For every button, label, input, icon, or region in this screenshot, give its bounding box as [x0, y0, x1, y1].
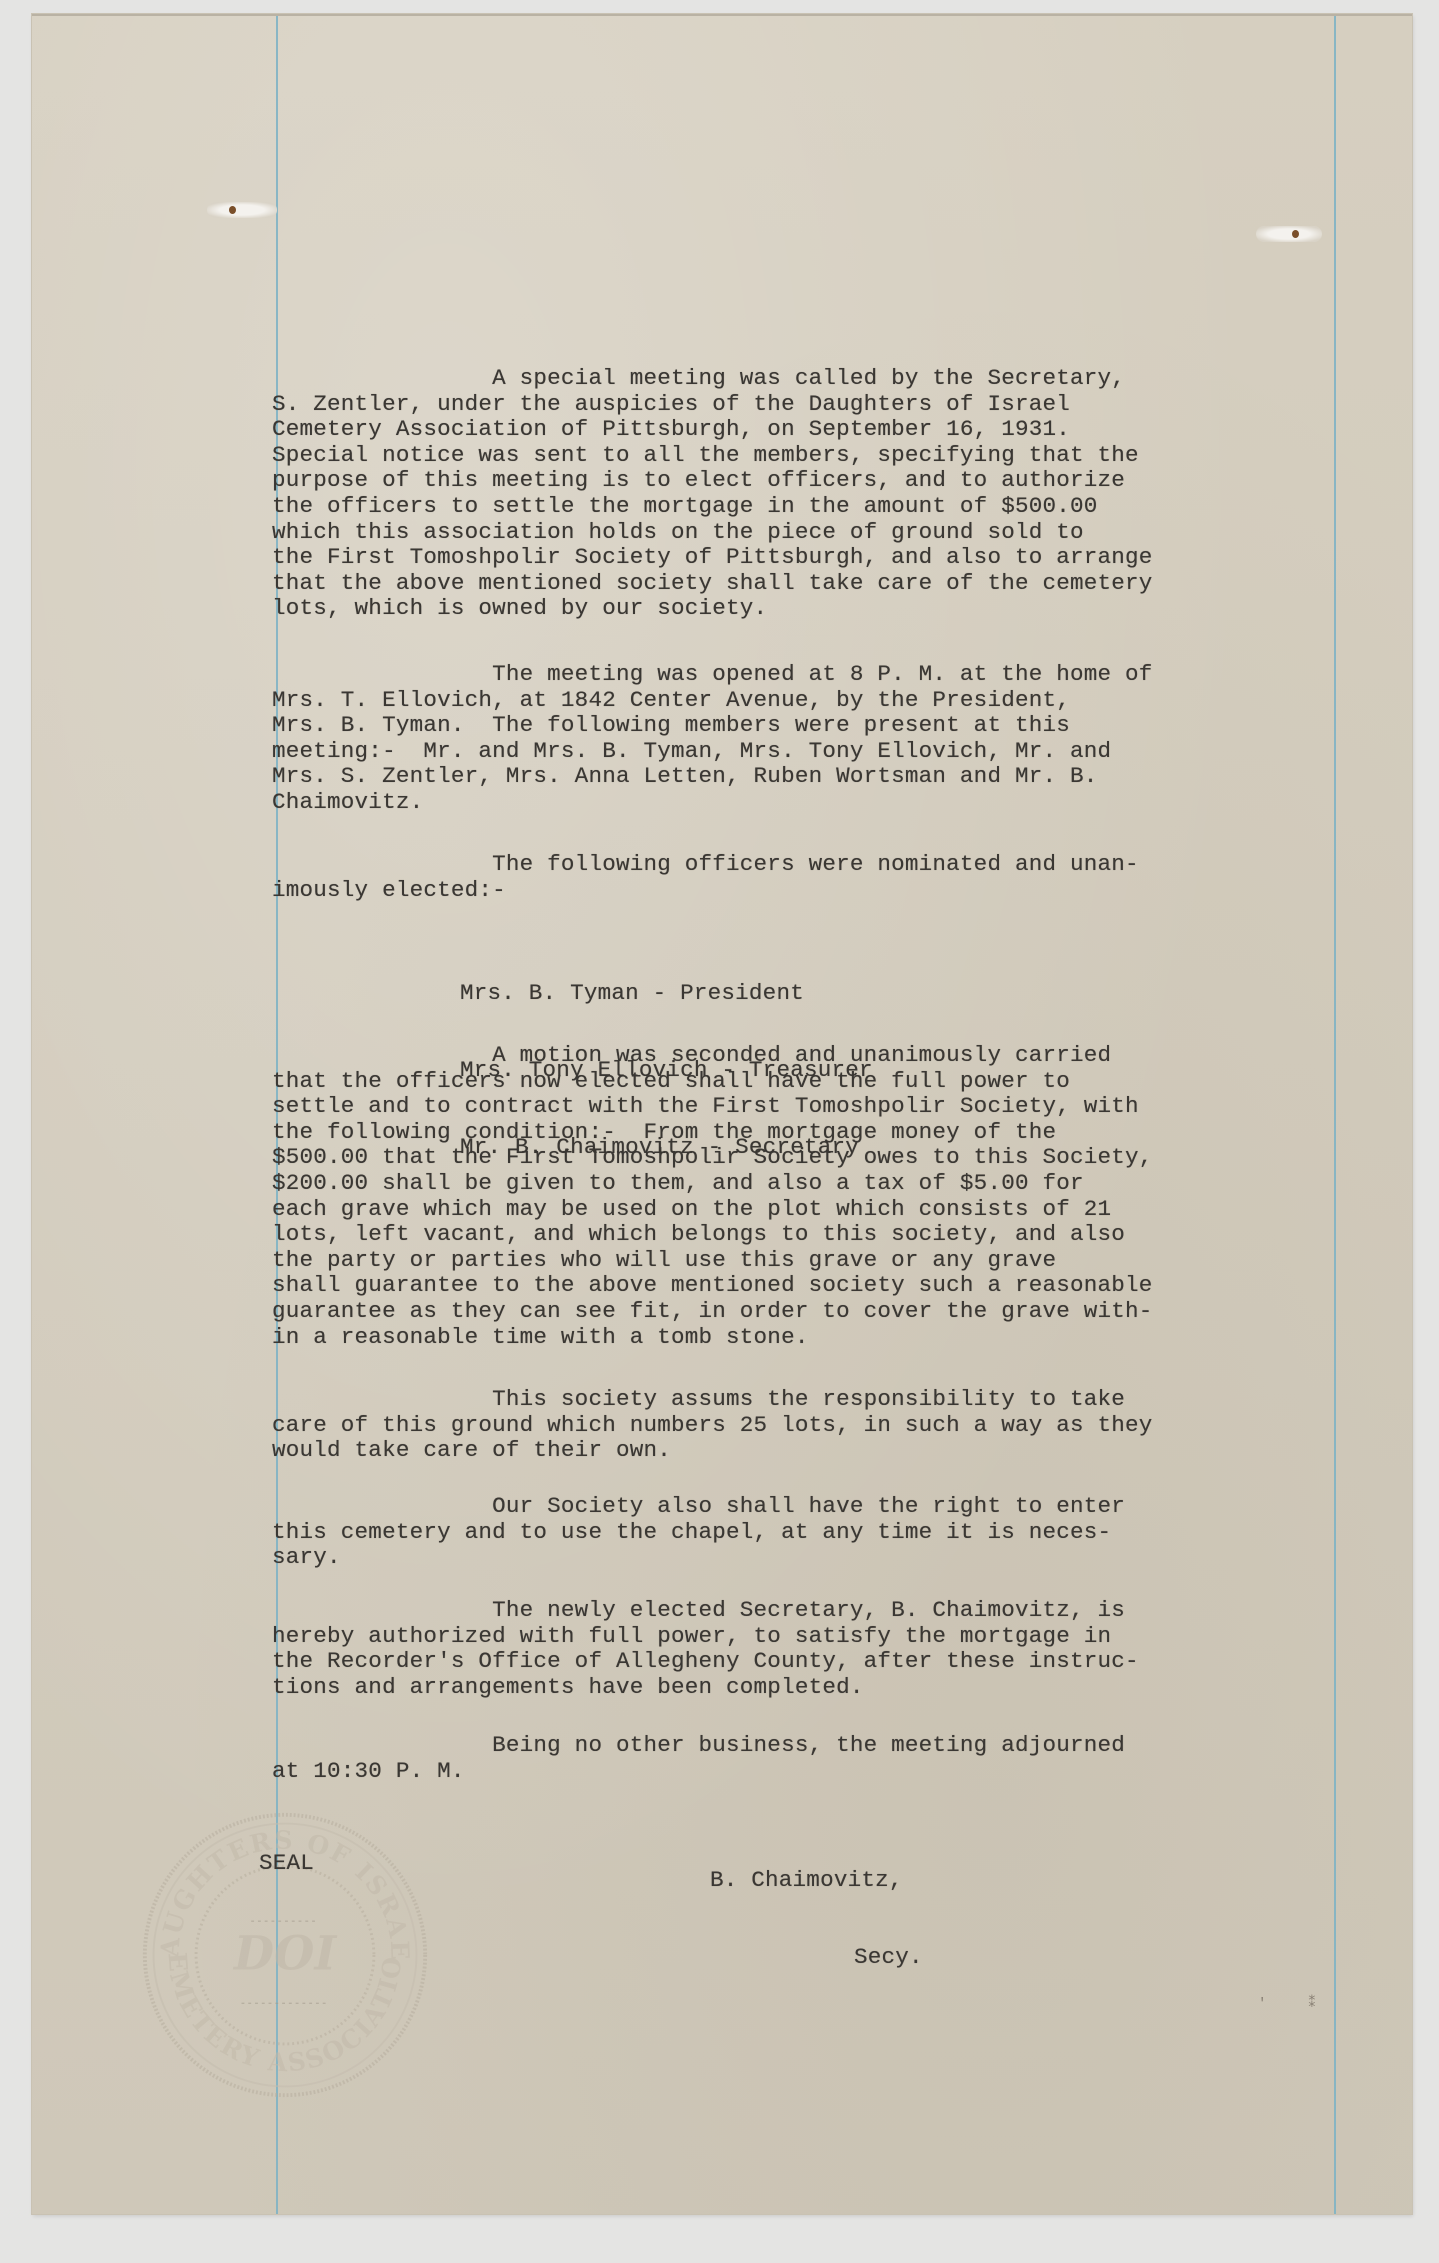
signature-name: B. Chaimovitz, — [710, 1868, 923, 1894]
typed-line: A special meeting was called by the Secr… — [272, 366, 1153, 392]
typed-line: $500.00 that the First Tomoshpolir Socie… — [272, 1145, 1153, 1171]
typed-line: Mrs. S. Zentler, Mrs. Anna Letten, Ruben… — [272, 764, 1153, 790]
typed-line: the following condition:- From the mortg… — [272, 1120, 1153, 1146]
typed-line: $200.00 shall be given to them, and also… — [272, 1171, 1153, 1197]
paragraph-responsibility: This society assums the responsibility t… — [272, 1387, 1153, 1464]
typed-line: that the above mentioned society shall t… — [272, 571, 1153, 597]
typed-line: The meeting was opened at 8 P. M. at the… — [272, 662, 1153, 688]
typed-line: that the officers now elected shall have… — [272, 1069, 1153, 1095]
typed-line: A motion was seconded and unanimously ca… — [272, 1043, 1153, 1069]
paragraph-chapel-rights: Our Society also shall have the right to… — [272, 1494, 1125, 1571]
typed-line: Cemetery Association of Pittsburgh, on S… — [272, 417, 1153, 443]
punch-hole-right — [1256, 226, 1322, 242]
typed-line: this cemetery and to use the chapel, at … — [272, 1520, 1125, 1546]
paragraph-motion: A motion was seconded and unanimously ca… — [272, 1043, 1153, 1350]
typed-line: tions and arrangements have been complet… — [272, 1675, 1139, 1701]
typed-line: the officers to settle the mortgage in t… — [272, 494, 1153, 520]
typed-line: the First Tomoshpolir Society of Pittsbu… — [272, 545, 1153, 571]
paragraph-secretary-authority: The newly elected Secretary, B. Chaimovi… — [272, 1598, 1139, 1700]
seal-label: SEAL — [259, 1851, 314, 1877]
page-mark: ' ⁑ — [1258, 1995, 1315, 2012]
signature-title: Secy. — [710, 1945, 923, 1971]
punch-hole-left — [207, 202, 277, 218]
typed-line: The newly elected Secretary, B. Chaimovi… — [272, 1598, 1139, 1624]
typed-line: care of this ground which numbers 25 lot… — [272, 1413, 1153, 1439]
svg-text:DOI: DOI — [232, 1926, 338, 1981]
typed-line: S. Zentler, under the auspicies of the D… — [272, 392, 1153, 418]
typed-line: settle and to contract with the First To… — [272, 1094, 1153, 1120]
typed-line: Chaimovitz. — [272, 790, 1153, 816]
typed-line: would take care of their own. — [272, 1438, 1153, 1464]
typed-line: at 10:30 P. M. — [272, 1759, 1125, 1785]
paragraph-adjourned: Being no other business, the meeting adj… — [272, 1733, 1125, 1784]
typed-line: shall guarantee to the above mentioned s… — [272, 1273, 1153, 1299]
typed-line: sary. — [272, 1545, 1125, 1571]
typed-line: lots, which is owned by our society. — [272, 596, 1153, 622]
typed-line: each grave which may be used on the plot… — [272, 1197, 1153, 1223]
typed-line: Mrs. T. Ellovich, at 1842 Center Avenue,… — [272, 688, 1153, 714]
typed-line: Mrs. B. Tyman. The following members wer… — [272, 713, 1153, 739]
paragraph-meeting-call: A special meeting was called by the Secr… — [272, 366, 1153, 622]
typed-line: in a reasonable time with a tomb stone. — [272, 1325, 1153, 1351]
typed-line: This society assums the responsibility t… — [272, 1387, 1153, 1413]
typed-line: the Recorder's Office of Allegheny Count… — [272, 1649, 1139, 1675]
typed-line: guarantee as they can see fit, in order … — [272, 1299, 1153, 1325]
typed-line: the party or parties who will use this g… — [272, 1248, 1153, 1274]
paragraph-meeting-opened: The meeting was opened at 8 P. M. at the… — [272, 662, 1153, 816]
officer-president: Mrs. B. Tyman - President — [460, 981, 873, 1007]
typed-line: Our Society also shall have the right to… — [272, 1494, 1125, 1520]
typed-line: The following officers were nominated an… — [272, 852, 1139, 878]
typed-line: Being no other business, the meeting adj… — [272, 1733, 1125, 1759]
paragraph-officers-intro: The following officers were nominated an… — [272, 852, 1139, 903]
typed-line: hereby authorized with full power, to sa… — [272, 1624, 1139, 1650]
signature-block: B. Chaimovitz, Secy. — [710, 1817, 923, 1996]
right-margin-rule — [1334, 16, 1336, 2214]
typed-line: Special notice was sent to all the membe… — [272, 443, 1153, 469]
typed-line: purpose of this meeting is to elect offi… — [272, 468, 1153, 494]
typed-line: lots, left vacant, and which belongs to … — [272, 1222, 1153, 1248]
typed-line: which this association holds on the piec… — [272, 520, 1153, 546]
typed-line: meeting:- Mr. and Mrs. B. Tyman, Mrs. To… — [272, 739, 1153, 765]
typed-line: imously elected:- — [272, 878, 1139, 904]
